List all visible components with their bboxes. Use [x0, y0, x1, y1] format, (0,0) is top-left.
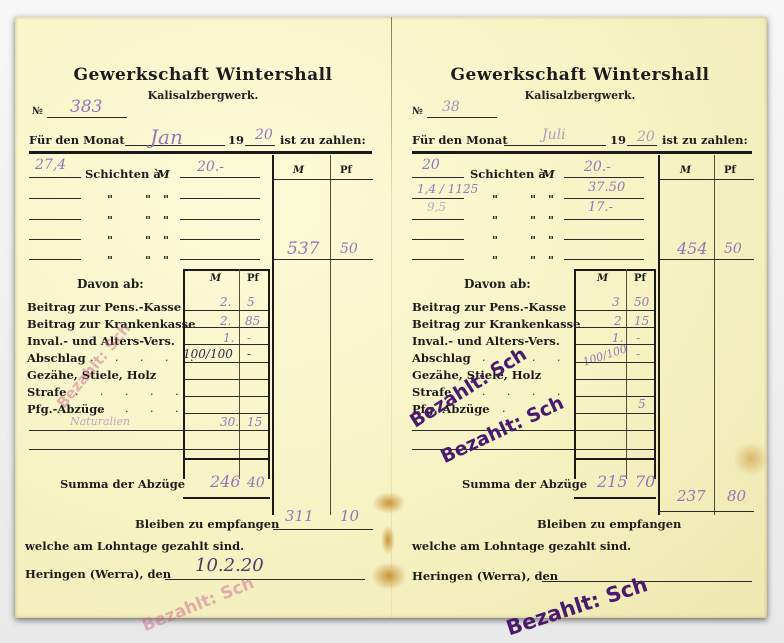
deduction-mark: 2. — [220, 314, 231, 328]
deduction-label: Beitrag zur Pens.-Kasse — [27, 300, 181, 314]
ditto-mark: " — [145, 213, 151, 227]
deduction-pf: 50 — [634, 295, 649, 309]
shift-count: 20 — [422, 157, 440, 173]
deduction-mark: 2 — [614, 314, 622, 328]
deduction-mark: 1. — [223, 331, 234, 345]
wage-slip-document: Gewerkschaft Wintershall Kalisalzbergwer… — [15, 17, 767, 618]
remain-mark: 237 — [677, 487, 706, 505]
ditto-mark: " — [163, 233, 169, 247]
currency-label: M — [157, 167, 170, 181]
sum-mark: 246 — [210, 472, 241, 491]
payment-date: 10.2.20 — [195, 555, 264, 576]
ditto-mark: " — [163, 253, 169, 267]
sum-pf: 70 — [635, 472, 655, 491]
deductions-title: Davon ab: — [77, 277, 144, 291]
remain-pf: 80 — [727, 487, 746, 505]
deduction-pf: 85 — [245, 314, 260, 328]
ditto-mark: " — [107, 192, 113, 206]
deduction-label: Abschlag — [412, 351, 471, 365]
ditto-mark: " — [145, 192, 151, 206]
shift-rate-row3: 17.- — [588, 200, 613, 215]
ditto-mark: " — [163, 192, 169, 206]
sum-mark: 215 — [597, 472, 628, 491]
ditto-mark: " — [548, 233, 554, 247]
gross-pf: 50 — [724, 241, 742, 257]
ditto-mark: " — [492, 213, 498, 227]
ditto-mark: " — [530, 253, 536, 267]
year-value: 20 — [255, 127, 273, 143]
sum-label: Summa der Abzüge — [462, 477, 587, 491]
deduction-label: Abschlag — [27, 351, 86, 365]
month-value: Juli — [542, 127, 566, 143]
month-value: Jan — [150, 125, 183, 149]
payable-label: ist zu zahlen: — [280, 133, 366, 147]
deduction-pf: 5 — [638, 397, 646, 411]
number-label: № — [32, 106, 43, 117]
ditto-mark: " — [145, 253, 151, 267]
sum-label: Summa der Abzüge — [60, 477, 185, 491]
shift-rate-row2: 37.50 — [588, 180, 625, 195]
extra-deduction-label: Naturalien — [70, 415, 130, 428]
year-prefix: 19 — [228, 133, 244, 147]
currency-label: M — [542, 167, 555, 181]
deduction-mark: 2. — [220, 295, 231, 309]
right-slip: Gewerkschaft Wintershall Kalisalzbergwer… — [392, 17, 768, 618]
mark-column-header: M — [597, 273, 608, 284]
year-value: 20 — [637, 129, 655, 145]
ditto-mark: " — [145, 233, 151, 247]
number-label: № — [412, 106, 423, 117]
remain-label: Bleiben zu empfangen — [135, 517, 279, 531]
company-title: Gewerkschaft Wintershall — [15, 65, 391, 85]
shift-count-row3: 9,5 — [427, 200, 446, 214]
ditto-mark: " — [107, 213, 113, 227]
left-slip: Gewerkschaft Wintershall Kalisalzbergwer… — [15, 17, 391, 618]
extra-deduction-mark: 30. — [220, 415, 239, 429]
place-date-label: Heringen (Werra), den — [25, 567, 171, 581]
ditto-mark: " — [530, 213, 536, 227]
paid-stamp: Bezahlt: Sch — [139, 573, 257, 636]
deduction-label: Inval.- und Alters-Vers. — [412, 334, 560, 348]
deduction-pf: 5 — [247, 295, 255, 309]
ditto-mark: " — [107, 233, 113, 247]
gross-pf: 50 — [340, 241, 358, 257]
deduction-pf: - — [636, 347, 640, 361]
mark-column-header: M — [680, 165, 691, 176]
ditto-mark: " — [548, 192, 554, 206]
deduction-mark: 3 — [612, 295, 620, 309]
pf-column-header: Pf — [724, 165, 736, 176]
ditto-mark: " — [492, 192, 498, 206]
shifts-label: Schichten à — [85, 167, 161, 181]
year-prefix: 19 — [610, 133, 626, 147]
deduction-label: Beitrag zur Krankenkasse — [412, 317, 580, 331]
month-label: Für den Monat — [412, 133, 508, 147]
gross-mark: 454 — [677, 239, 708, 258]
place-date-label: Heringen (Werra), den — [412, 569, 558, 583]
remain-label: Bleiben zu empfangen — [537, 517, 681, 531]
payable-label: ist zu zahlen: — [662, 133, 748, 147]
pf-column-header: Pf — [634, 273, 646, 284]
remain-pf: 10 — [340, 507, 359, 525]
month-label: Für den Monat — [29, 133, 125, 147]
deduction-pf: - — [247, 347, 251, 361]
pf-column-header: Pf — [340, 165, 352, 176]
shift-rate: 20.- — [584, 159, 611, 175]
deduction-mark: 100/100 — [183, 347, 233, 361]
mark-column-header: M — [210, 273, 221, 284]
ditto-mark: " — [548, 253, 554, 267]
ditto-mark: " — [530, 233, 536, 247]
ditto-mark: " — [492, 253, 498, 267]
extra-deduction-pf: 15 — [247, 415, 262, 429]
slip-number: 38 — [442, 99, 460, 115]
shift-count-row2: 1,4 / 1125 — [417, 182, 478, 196]
deduction-label: Beitrag zur Pens.-Kasse — [412, 300, 566, 314]
shift-rate: 20.- — [197, 159, 224, 175]
ditto-mark: " — [548, 213, 554, 227]
pf-column-header: Pf — [247, 273, 259, 284]
ditto-mark: " — [492, 233, 498, 247]
company-title: Gewerkschaft Wintershall — [392, 65, 768, 85]
deduction-pf: 15 — [634, 314, 649, 328]
paid-note: welche am Lohntage gezahlt sind. — [412, 539, 631, 553]
sum-pf: 40 — [247, 475, 265, 491]
ditto-mark: " — [163, 213, 169, 227]
deduction-mark: 100/100 — [581, 342, 628, 368]
ditto-mark: " — [530, 192, 536, 206]
remain-mark: 311 — [285, 507, 314, 525]
paid-note: welche am Lohntage gezahlt sind. — [25, 539, 244, 553]
deduction-pf: - — [636, 331, 640, 345]
shift-count: 27,4 — [35, 157, 66, 173]
gross-mark: 537 — [287, 239, 319, 259]
slip-number: 383 — [70, 97, 102, 117]
mark-column-header: M — [293, 165, 304, 176]
ditto-mark: " — [107, 253, 113, 267]
deductions-title: Davon ab: — [464, 277, 531, 291]
deduction-pf: - — [247, 331, 251, 345]
photo-frame: Gewerkschaft Wintershall Kalisalzbergwer… — [0, 0, 784, 643]
shifts-label: Schichten à — [470, 167, 546, 181]
